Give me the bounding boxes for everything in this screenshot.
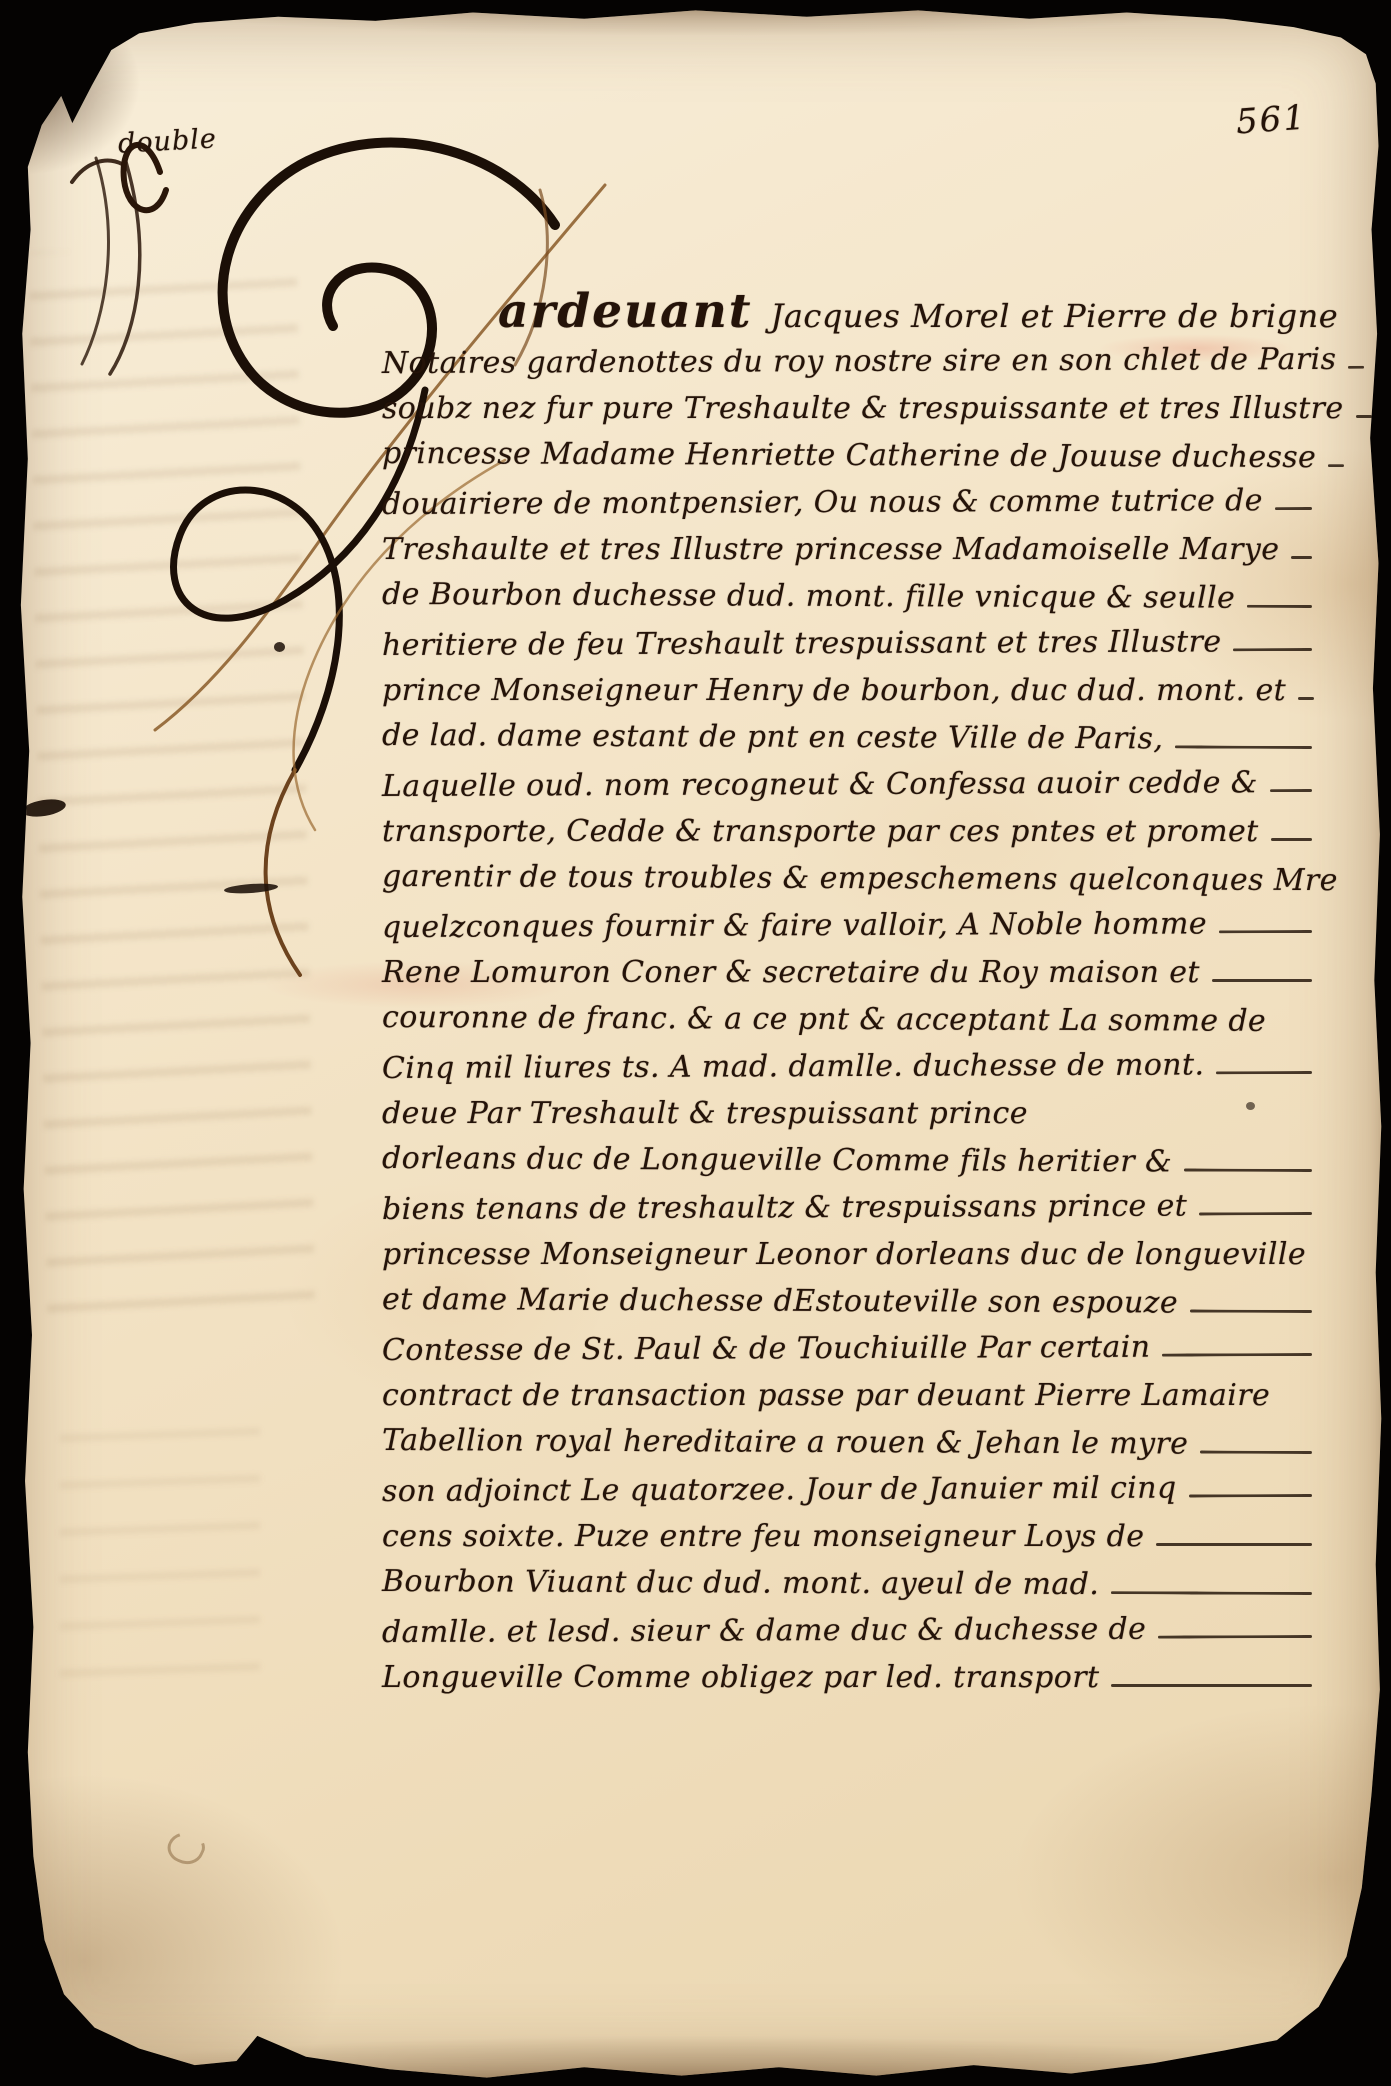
manuscript-line: Laquelle oud. nom recogneut & Confessa a… xyxy=(382,765,1316,816)
line-filler-dash xyxy=(1216,1071,1312,1074)
line-filler-dash xyxy=(1162,1353,1312,1357)
line-filler-dash xyxy=(1175,745,1312,749)
manuscript-line: et dame Marie duchesse dEstouteville son… xyxy=(382,1282,1316,1333)
line-filler-dash xyxy=(1291,556,1312,559)
manuscript-line: Bourbon Viuant duc dud. mont. ayeul de m… xyxy=(382,1564,1316,1615)
manuscript-line: dorleans duc de Longueville Comme fils h… xyxy=(382,1141,1316,1192)
initial-letter: P xyxy=(0,0,11,19)
manuscript-line: Notaires gardenottes du roy nostre sire … xyxy=(382,342,1316,393)
manuscript-line: deue Par Treshault & trespuissant prince xyxy=(382,1096,1316,1143)
line-filler-dash xyxy=(1356,415,1372,418)
manuscript-line: biens tenans de treshaultz & trespuissan… xyxy=(382,1188,1316,1239)
manuscript-line: Treshaulte et tres Illustre princesse Ma… xyxy=(382,532,1316,579)
line-filler-dash xyxy=(1275,507,1312,510)
ink-blot xyxy=(1246,1102,1255,1110)
line-filler-dash xyxy=(1190,1309,1312,1313)
line-filler-dash xyxy=(1270,789,1312,792)
bleed-through-text xyxy=(60,1400,260,1700)
opening-line-rest: Jacques Morel et Pierre de brigne xyxy=(771,297,1339,335)
manuscript-line: garentir de tous troubles & empeschemens… xyxy=(382,859,1316,910)
line-filler-dash xyxy=(1298,697,1314,700)
manuscript-line: son adjoinct Le quatorzee. Jour de Janui… xyxy=(382,1470,1316,1521)
line-filler-dash xyxy=(1233,648,1312,651)
manuscript-line: transporte, Cedde & transporte par ces p… xyxy=(382,814,1316,861)
manuscript-line: douairiere de montpensier, Ou nous & com… xyxy=(382,483,1316,534)
folio-number: 561 xyxy=(1235,98,1309,143)
manuscript-line: soubz nez fur pure Treshaulte & trespuis… xyxy=(382,391,1316,438)
line-filler-dash xyxy=(1156,1543,1312,1546)
manuscript-photo: double 561 P ardeuant Jacques Morel et P… xyxy=(0,0,1391,2086)
document-text: ardeuant Jacques Morel et Pierre de brig… xyxy=(382,284,1316,1707)
line-filler-dash xyxy=(1189,1494,1312,1498)
opening-line: ardeuant Jacques Morel et Pierre de brig… xyxy=(382,284,1316,344)
line-filler-dash xyxy=(1271,838,1312,841)
manuscript-line: contract de transaction passe par deuant… xyxy=(382,1378,1316,1425)
line-filler-dash xyxy=(1200,1451,1312,1454)
manuscript-line: Contesse de St. Paul & de Touchiuille Pa… xyxy=(382,1329,1316,1380)
line-filler-dash xyxy=(1199,1212,1312,1215)
manuscript-line: Tabellion royal hereditaire a rouen & Je… xyxy=(382,1423,1316,1474)
manuscript-line: princesse Monseigneur Leonor dorleans du… xyxy=(382,1237,1316,1284)
manuscript-line: Cinq mil liures ts. A mad. damlle. duche… xyxy=(382,1047,1316,1098)
manuscript-line: quelzconques fournir & faire valloir, A … xyxy=(382,906,1316,957)
manuscript-line: Longueville Comme obligez par led. trans… xyxy=(382,1660,1316,1707)
line-filler-dash xyxy=(1158,1635,1312,1639)
line-filler-dash xyxy=(1348,366,1364,369)
line-filler-dash xyxy=(1111,1591,1312,1595)
manuscript-line: princesse Madame Henriette Catherine de … xyxy=(382,436,1316,487)
manuscript-line: de Bourbon duchesse dud. mont. fille vni… xyxy=(382,577,1316,628)
line-filler-dash xyxy=(1212,979,1312,982)
manuscript-line: cens soixte. Puze entre feu monseigneur … xyxy=(382,1519,1316,1566)
manuscript-line: heritiere de feu Treshault trespuissant … xyxy=(382,624,1316,675)
line-filler-dash xyxy=(1184,1168,1312,1172)
manuscript-line: damlle. et lesd. sieur & dame duc & duch… xyxy=(382,1611,1316,1662)
opening-word: ardeuant xyxy=(498,284,753,339)
line-filler-dash xyxy=(1328,464,1344,467)
paper-stain xyxy=(163,1826,209,1870)
manuscript-line: Rene Lomuron Coner & secretaire du Roy m… xyxy=(382,955,1316,1002)
line-filler-dash xyxy=(1247,605,1312,608)
ink-blot xyxy=(274,642,285,652)
manuscript-line: couronne de franc. & a ce pnt & acceptan… xyxy=(382,1000,1316,1051)
manuscript-line: prince Monseigneur Henry de bourbon, duc… xyxy=(382,673,1316,720)
line-filler-dash xyxy=(1219,930,1312,933)
line-filler-dash xyxy=(1111,1684,1312,1687)
manuscript-page: double 561 P ardeuant Jacques Morel et P… xyxy=(0,0,1391,2086)
manuscript-line: de lad. dame estant de pnt en ceste Vill… xyxy=(382,718,1316,769)
